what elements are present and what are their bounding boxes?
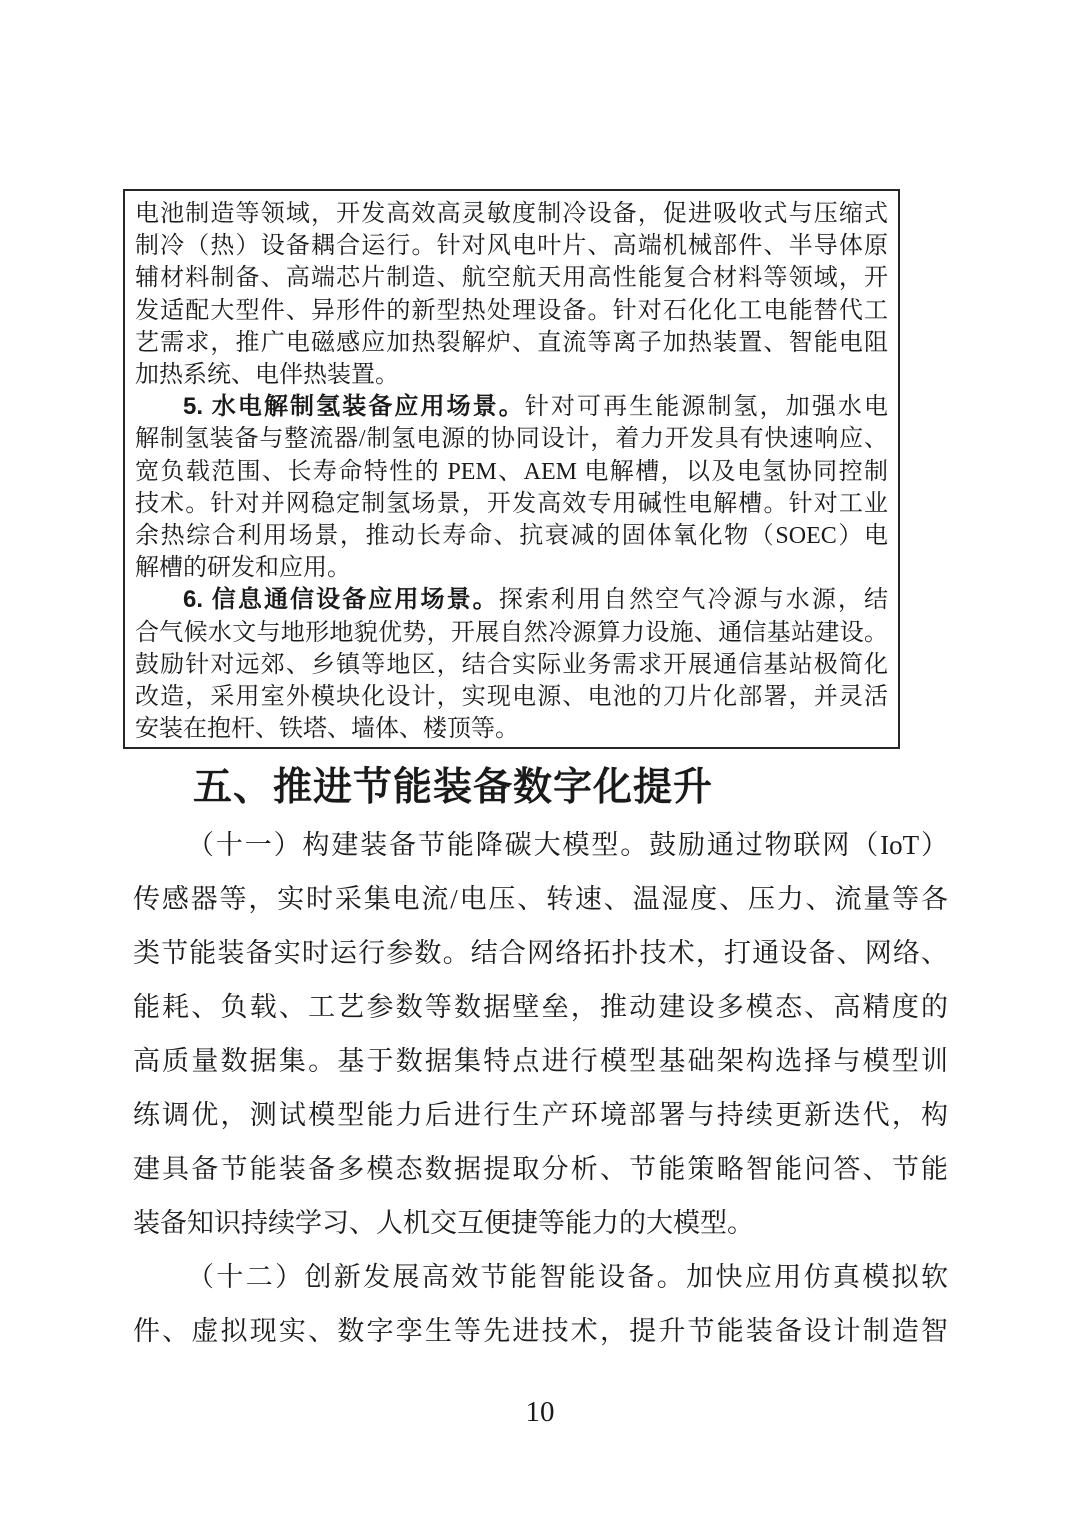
- text-segment: 针对可再生能源制氢，加强水电: [525, 394, 888, 420]
- text-segment: 辅材料制备、高端芯片制造、航空航天用高性能复合材料等领域，开: [135, 265, 888, 291]
- text-segment: 能耗、负载、工艺参数等数据壁垒，推动建设多模态、高精度的: [133, 992, 948, 1022]
- text-line: 宽负载范围、长寿命特性的 PEM、AEM 电解槽，以及电氢协同控制: [135, 456, 888, 488]
- text-line: （十一）构建装备节能降碳大模型。鼓励通过物联网（IoT）: [133, 818, 948, 872]
- text-segment: 解槽的研发和应用。: [135, 555, 351, 581]
- text-segment: 制冷（热）设备耦合运行。针对风电叶片、高端机械部件、半导体原: [135, 233, 888, 259]
- text-line: 类节能装备实时运行参数。结合网络拓扑技术，打通设备、网络、: [133, 926, 948, 980]
- text-line: 高质量数据集。基于数据集特点进行模型基础架构选择与模型训: [133, 1034, 948, 1088]
- text-segment: （十二）创新发展高效节能智能设备。加快应用仿真模拟软: [187, 1262, 948, 1292]
- text-line: 合气候水文与地形地貌优势，开展自然冷源算力设施、通信基站建设。: [135, 617, 888, 649]
- text-line: 解制氢装备与整流器/制氢电源的协同设计，着力开发具有快速响应、: [135, 423, 888, 455]
- text-segment: 练调优，测试模型能力后进行生产环境部署与持续更新迭代，构: [133, 1100, 948, 1130]
- text-line: 鼓励针对远郊、乡镇等地区，结合实际业务需求开展通信基站极简化: [135, 649, 888, 681]
- text-segment: 艺需求，推广电磁感应加热裂解炉、直流等离子加热装置、智能电阻: [135, 330, 888, 356]
- text-segment: 改造，采用室外模块化设计，实现电源、电池的刀片化部署，并灵活: [135, 684, 888, 710]
- text-segment: 高质量数据集。基于数据集特点进行模型基础架构选择与模型训: [133, 1046, 948, 1076]
- text-line: 艺需求，推广电磁感应加热裂解炉、直流等离子加热装置、智能电阻: [135, 327, 888, 359]
- text-line: 安装在抱杆、铁塔、墙体、楼顶等。: [135, 713, 888, 745]
- text-segment: 装备知识持续学习、人机交互便捷等能力的大模型。: [133, 1208, 754, 1238]
- text-line: 发适配大型件、异形件的新型热处理设备。针对石化化工电能替代工: [135, 295, 888, 327]
- text-segment: 加热系统、电伴热装置。: [135, 362, 399, 388]
- text-segment: 解制氢装备与整流器/制氢电源的协同设计，着力开发具有快速响应、: [135, 426, 888, 452]
- text-segment: 探索利用自然空气冷源与水源，结: [499, 587, 888, 613]
- text-line: 建具备节能装备多模态数据提取分析、节能策略智能问答、节能: [133, 1142, 948, 1196]
- text-line: （十二）创新发展高效节能智能设备。加快应用仿真模拟软: [133, 1250, 948, 1304]
- text-line: 改造，采用室外模块化设计，实现电源、电池的刀片化部署，并灵活: [135, 681, 888, 713]
- page-number: 10: [0, 1395, 1080, 1429]
- text-line: 辅材料制备、高端芯片制造、航空航天用高性能复合材料等领域，开: [135, 262, 888, 294]
- text-line: 能耗、负载、工艺参数等数据壁垒，推动建设多模态、高精度的: [133, 980, 948, 1034]
- text-segment: 传感器等，实时采集电流/电压、转速、温湿度、压力、流量等各: [133, 884, 948, 914]
- text-segment: 发适配大型件、异形件的新型热处理设备。针对石化化工电能替代工: [135, 298, 888, 324]
- text-line: 装备知识持续学习、人机交互便捷等能力的大模型。: [133, 1196, 948, 1250]
- text-line: 技术。针对并网稳定制氢场景，开发高效专用碱性电解槽。针对工业: [135, 488, 888, 520]
- body-text: （十一）构建装备节能降碳大模型。鼓励通过物联网（IoT）传感器等，实时采集电流/…: [133, 818, 948, 1358]
- text-line: 制冷（热）设备耦合运行。针对风电叶片、高端机械部件、半导体原: [135, 230, 888, 262]
- text-line: 余热综合利用场景，推动长寿命、抗衰减的固体氧化物（SOEC）电: [135, 520, 888, 552]
- text-segment: 宽负载范围、长寿命特性的 PEM、AEM 电解槽，以及电氢协同控制: [135, 459, 888, 485]
- document-page: 电池制造等领域，开发高效高灵敏度制冷设备，促进吸收式与压缩式制冷（热）设备耦合运…: [0, 0, 1080, 1527]
- text-segment: 电池制造等领域，开发高效高灵敏度制冷设备，促进吸收式与压缩式: [135, 201, 888, 227]
- text-segment: 类节能装备实时运行参数。结合网络拓扑技术，打通设备、网络、: [133, 938, 948, 968]
- text-line: 传感器等，实时采集电流/电压、转速、温湿度、压力、流量等各: [133, 872, 948, 926]
- text-line: 电池制造等领域，开发高效高灵敏度制冷设备，促进吸收式与压缩式: [135, 198, 888, 230]
- text-line: 件、虚拟现实、数字孪生等先进技术，提升节能装备设计制造智: [133, 1304, 948, 1358]
- text-segment: 鼓励针对远郊、乡镇等地区，结合实际业务需求开展通信基站极简化: [135, 652, 888, 678]
- text-segment: 安装在抱杆、铁塔、墙体、楼顶等。: [135, 716, 519, 742]
- section-heading: 五、推进节能装备数字化提升: [193, 765, 713, 811]
- bold-lead-text: 6. 信息通信设备应用场景。: [183, 586, 499, 613]
- text-line: 解槽的研发和应用。: [135, 552, 888, 584]
- bold-lead-text: 5. 水电解制氢装备应用场景。: [183, 393, 525, 420]
- text-segment: 件、虚拟现实、数字孪生等先进技术，提升节能装备设计制造智: [133, 1316, 948, 1346]
- text-line: 练调优，测试模型能力后进行生产环境部署与持续更新迭代，构: [133, 1088, 948, 1142]
- text-segment: 余热综合利用场景，推动长寿命、抗衰减的固体氧化物（SOEC）电: [135, 523, 888, 549]
- text-line: 加热系统、电伴热装置。: [135, 359, 888, 391]
- text-segment: 技术。针对并网稳定制氢场景，开发高效专用碱性电解槽。针对工业: [135, 491, 888, 517]
- text-line: 6. 信息通信设备应用场景。探索利用自然空气冷源与水源，结: [135, 584, 888, 616]
- text-segment: （十一）构建装备节能降碳大模型。鼓励通过物联网（IoT）: [187, 830, 948, 860]
- boxed-text-section: 电池制造等领域，开发高效高灵敏度制冷设备，促进吸收式与压缩式制冷（热）设备耦合运…: [123, 189, 900, 749]
- text-segment: 建具备节能装备多模态数据提取分析、节能策略智能问答、节能: [133, 1154, 948, 1184]
- text-line: 5. 水电解制氢装备应用场景。针对可再生能源制氢，加强水电: [135, 391, 888, 423]
- text-segment: 合气候水文与地形地貌优势，开展自然冷源算力设施、通信基站建设。: [135, 620, 888, 646]
